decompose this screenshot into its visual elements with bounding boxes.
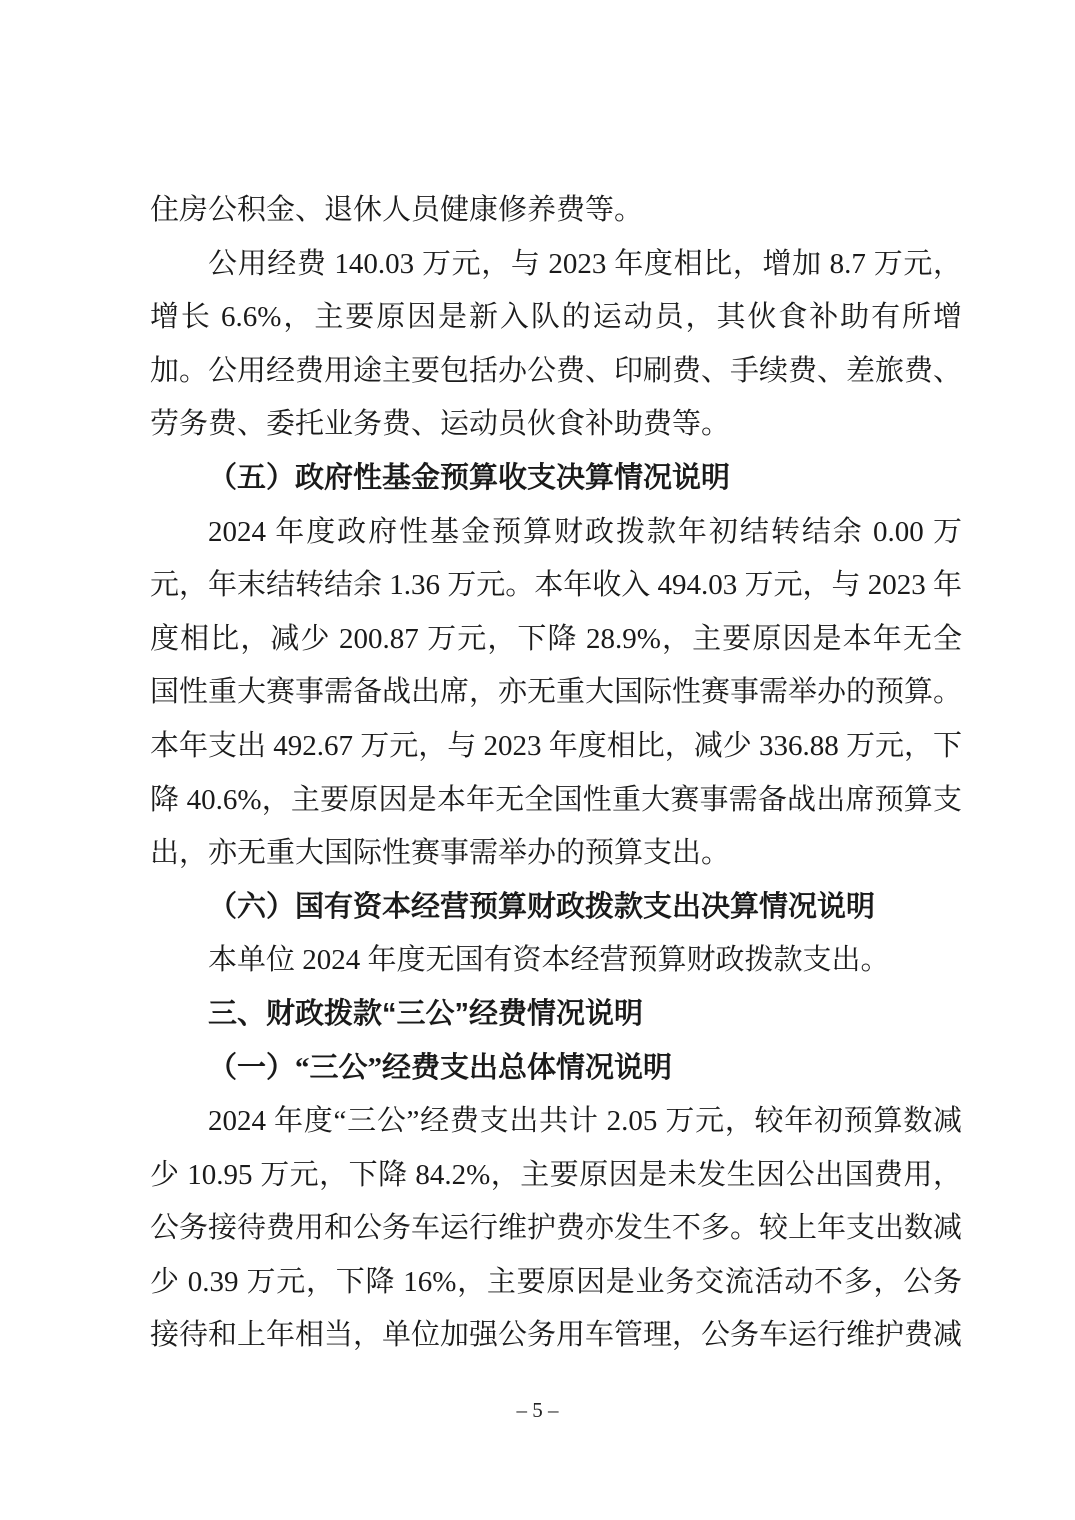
heading-three-public-overview: （一）“三公”经费支出总体情况说明 [150,1042,962,1096]
document-body: 住房公积金、退休人员健康修养费等。 公用经费 140.03 万元，与 2023 … [150,184,962,1363]
paragraph-three-public-detail: 2024 年度“三公”经费支出共计 2.05 万元，较年初预算数减少 10.95… [150,1095,962,1363]
paragraph-housing-fund-tail: 住房公积金、退休人员健康修养费等。 [150,184,962,238]
document-page: 住房公积金、退休人员健康修养费等。 公用经费 140.03 万元，与 2023 … [0,0,1075,1520]
page-number: – 5 – [0,1398,1075,1423]
paragraph-state-capital: 本单位 2024 年度无国有资本经营预算财政拨款支出。 [150,934,962,988]
paragraph-public-expense: 公用经费 140.03 万元，与 2023 年度相比，增加 8.7 万元，增长 … [150,238,962,452]
paragraph-gov-fund-budget: 2024 年度政府性基金预算财政拨款年初结转结余 0.00 万元，年末结转结余 … [150,506,962,881]
heading-three-public-funds: 三、财政拨款“三公”经费情况说明 [150,988,962,1042]
heading-section-six-state-capital: （六）国有资本经营预算财政拨款支出决算情况说明 [150,881,962,935]
heading-section-five-gov-fund: （五）政府性基金预算收支决算情况说明 [150,452,962,506]
